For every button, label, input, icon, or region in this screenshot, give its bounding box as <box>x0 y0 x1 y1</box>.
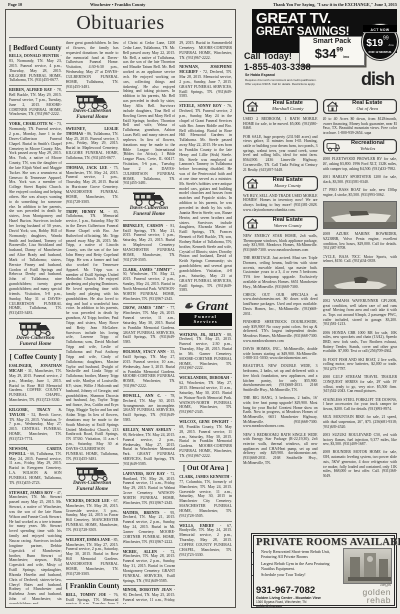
obituary-name: KELLEY, MARY ASHLEY <box>123 428 172 432</box>
classified-ad: WE BUY, SELL AND TRADE USED MOBILE HOMES… <box>243 194 318 213</box>
call-today-label: Call Today! <box>244 51 292 61</box>
grant-funeral-services-logo: GrantFuneral Services <box>179 299 232 329</box>
obituary-text: - 31, Manchester, TN. May 29, 2015. Fune… <box>9 369 62 402</box>
obituary-entry: THOMAS, JACK LEE - 75, Manchester, TN. M… <box>66 166 119 208</box>
obituary-entry: STEWART, JAMES ROY - 47, Manchester, TN.… <box>9 491 62 604</box>
county-header: [ Bedford County ] <box>9 44 62 53</box>
house-icon <box>246 101 259 112</box>
dish-spanish-note: Se Habla Espanol <box>245 73 275 77</box>
classified-ad: 2002 YAMAHA WAVERUNNER GP1200R, great co… <box>323 299 398 327</box>
classified-header-text: Real EstateMarshall County <box>261 101 315 112</box>
dish-fine-print: Requires 24-month commitment and credit … <box>245 79 345 86</box>
obituary-text: - 85, Tullahoma, TN. Memorial service, 1… <box>66 210 119 461</box>
obituary-text: - 68, Franklin County, TN. May 28, 2015.… <box>179 420 232 458</box>
rehab-bullet: Schedule your Tour Today! <box>261 572 340 577</box>
obituary-name: MINOR, DOROTHY JEAN <box>123 588 172 592</box>
funeral-home-logo-sub: Funeral Home <box>66 487 119 493</box>
house-icon <box>246 178 259 189</box>
gym-photo-graphic <box>344 549 392 583</box>
classified-section-header: Real EstateMarshall County <box>243 99 318 114</box>
classified-ad: FINISHED SHEETROCK DOUBLEWIDE, only $39,… <box>243 320 318 344</box>
classified-header-text: Real EstateWarren County <box>261 218 315 229</box>
obituary-name: THOMAS, JACK LEE <box>66 166 108 170</box>
funeral-home-logo-sub: Funeral Home <box>123 212 176 218</box>
boat-photo-graphic <box>324 202 398 228</box>
obituary-text: - 47, Manchester, TN. Mr. Stewart passed… <box>9 491 62 604</box>
classified-ad: 20 to 40 Acres $0 down, from $128/month,… <box>323 117 398 136</box>
classified-ad: 2000 GULF STREAM TRAVEL TRAILER CONQUEST… <box>323 375 398 394</box>
obituary-name: CLARK, JAMES KENNETH <box>179 475 229 479</box>
rehab-bullet: Newly Renovated Short-term Rehab Unit, F… <box>261 549 340 560</box>
classified-ad: 2000 FLEETWOOD PROWLER RV for sale, 26',… <box>323 157 398 171</box>
classified-section-header: Real EstateMaury County <box>243 176 318 191</box>
obituary-text: - 72, Decherd, TN. Mar 28, 2015. Memoria… <box>179 70 232 98</box>
daves-culbertson-logo: Daves-CulbertsonFuneral Home <box>66 466 119 495</box>
obituary-name: HOWELL, ANN C. <box>123 394 162 398</box>
classified-column-right: Real EstateOut of Area20 to 40 Acres $0 … <box>323 97 398 531</box>
jetski-photo-graphic <box>324 268 398 294</box>
obituary-name: WELLS, EMERY <box>179 524 214 528</box>
funeral-home-logo-sub: Funeral Home <box>66 115 119 121</box>
obituary-entry: LAFEVERS, ROY RAY - 72, Huntland, TN. Ma… <box>123 472 176 509</box>
classified-ad: NEW 3 BEDROOM/2 BATH SINGLE WIDE with En… <box>243 433 318 466</box>
obituary-text: - 78, Decherd, TN. May 30, 2015. Arrange… <box>123 394 176 422</box>
funeral-home-logo-sub: Funeral Home <box>9 342 62 348</box>
obituary-text: - 67, Manchester, TN. May 20, 2015. Grav… <box>66 499 119 532</box>
obituary-entry: RIEBEN, ALFRED RAY - 78, Bell Buckle, TN… <box>9 88 62 120</box>
daves-culbertson-logo: Daves-CulbertsonFuneral Home <box>123 191 176 220</box>
obituary-entry: WELHOIT, EMMA JANE - 85, Manchester, TN.… <box>66 538 119 580</box>
obituary-name: CROW, JAMES "JIM" <box>123 306 165 310</box>
daves-culbertson-logo: Daves-CulbertsonFuneral Home <box>66 94 119 123</box>
hearse-carriage-icon <box>15 321 55 336</box>
classified-ad: NEW ENERGY STAR HOME, 2x6 walls, Thermop… <box>243 234 318 253</box>
obituary-name: CLARK, JAMES "JIMMY" <box>123 268 173 272</box>
newspaper-page: Page 10 Winchester • Franklin County Tha… <box>0 0 400 614</box>
rv-icon <box>326 141 340 152</box>
obituary-name: RIEBEN, ALFRED RAY <box>9 88 52 92</box>
obituary-text: - 85, Manchester, TN. May 27, 2015. Fune… <box>66 538 119 576</box>
gym-equipment-photo <box>343 548 392 584</box>
burst-per: /mo <box>389 43 394 47</box>
obituary-name: HOLMAN, STACY ANN <box>123 350 166 354</box>
classified-ad: MGX MOUNTAIN BIKE for sale, 21 speed, wi… <box>323 415 398 429</box>
obituary-text: - 72, Winchester, TN. May 28, 2015. Fune… <box>123 550 176 583</box>
obituary-text: - 66, Tullahoma, TN. May 24, 2015. Funer… <box>9 452 62 485</box>
obituary-name: MATHIS, BRENTS <box>123 511 160 515</box>
classified-header-text: Real EstateMaury County <box>261 178 315 189</box>
obituary-column: [ Bedford County ]BELLS, DONALD HUNTER -… <box>9 41 62 604</box>
obituary-name: WATKINS, JR., RILEY <box>179 333 221 337</box>
county-header: [ Franklin County ] <box>66 582 119 591</box>
burst-cents: 99 <box>383 36 389 42</box>
obituary-text: - 50, Winchester, TN. May 22, 2015. Fune… <box>123 268 176 301</box>
hearse-carriage-icon <box>129 191 169 206</box>
classified-ad: 2006 HONDA CBR 1000 RR for sale, 10K mil… <box>323 331 398 355</box>
dish-fine-print-line2: Offer expires 6/9/15. Call for details. … <box>245 83 345 87</box>
masthead-slogan: Thank You For Saying, "I saw it in the E… <box>273 2 397 7</box>
daves-culbertson-logo: Daves-CulbertsonFuneral Home <box>9 321 62 350</box>
classified-header-text: Real EstateOut of Area <box>341 101 395 112</box>
classified-header-sub: Out of Area <box>341 107 395 112</box>
obituary-columns: [ Bedford County ]BELLS, DONALD HUNTER -… <box>9 41 232 604</box>
obituary-text: - 78, Bell Buckle, TN. May 29, 2015. Fun… <box>9 88 62 116</box>
obituary-name: TRIPP, HENRY M. <box>66 210 105 214</box>
obituary-name: WILCOX, GENE DWIGHT <box>179 420 228 424</box>
house-icon <box>246 218 259 229</box>
classified-ad: 2008 BOUNDER MOTOR HOME for sale, 35H, a… <box>323 450 398 478</box>
classified-ad: 17' PRO BASS BOAT for sale, new 150hp en… <box>323 188 398 197</box>
obituary-entry: CLARK, JAMES "JIMMY" - 50, Winchester, T… <box>123 268 176 305</box>
obituary-text: - 77, Winchester, TN. May 26, 2015. Fune… <box>123 306 176 344</box>
obituary-entry: ESSLINGER, JONATHAN MICAH - 31, Manchest… <box>9 364 62 406</box>
obituary-name: STEELE, SONNY ROY <box>179 104 221 108</box>
obituaries-section: Obituaries [ Bedford County ]BELLS, DONA… <box>5 9 236 608</box>
obituary-column: 29, 2015. Burial in Summerfield Cemetery… <box>179 41 232 604</box>
obituary-entry: WELLS, EMERY - 67, Bradyville, TN. May 2… <box>179 524 232 561</box>
obituary-entry: NEWSOM, CARITA POWELL - 66, Tullahoma, T… <box>9 447 62 489</box>
masthead: Page 10 Winchester • Franklin County Tha… <box>0 1 400 9</box>
classified-section-header: RecreationalVehicles <box>323 139 398 154</box>
dish-tv-ad: GREAT TV. GREAT SAVINGS! Smart Pack $349… <box>243 9 397 95</box>
rehab-ad-title: PRIVATE ROOMS AVAILABLE <box>256 537 392 548</box>
act-now-burst: ACT NOW $1999/mo FOR 12 MONTHS <box>363 25 397 59</box>
obituary-text: - 35, Estill Springs, TN. May 27, 2015. … <box>123 350 176 388</box>
act-now-label: ACT NOW <box>363 25 397 33</box>
obituary-entry: MCBEE, ALLEN - 72, Winchester, TN. May 2… <box>123 550 176 587</box>
boat-photo <box>323 201 398 229</box>
hearse-carriage-icon <box>72 466 112 481</box>
hearse-carriage-icon <box>72 94 112 109</box>
classifieds-section: Real EstateMarshall CountyUSED 2 BEDROOM… <box>243 97 397 531</box>
obituary-text: - 88, Decherd, TN. May 25, 2015. Funeral… <box>179 333 232 371</box>
obituary-text: - 52, Beech Grove, TN. May 23, 2015. Vis… <box>9 413 62 441</box>
obituary-text: - 83, Normandy, TN. May 23, 2015. Funera… <box>9 54 62 82</box>
grant-logo-row: Grant <box>179 299 232 312</box>
obituary-name: BRINKLEY, CARSON <box>123 224 164 228</box>
edition-region: Winchester • Franklin County <box>90 2 145 7</box>
obituary-entry: KELLEY, MARY ASHLEY - 88, Belvidere, TN.… <box>123 428 176 470</box>
obituaries-title: Obituaries <box>9 12 232 38</box>
obituary-name: WICKLANDER, DEBORAH <box>179 376 229 380</box>
obituary-name: MCBEE, ALLEN <box>123 550 157 554</box>
obituary-text: - 76, Decherd, TN. Funeral service, 2 p.… <box>179 104 232 292</box>
classified-section-header: Real EstateWarren County <box>243 216 318 231</box>
obituary-name: WELHOIT, EMMA JANE <box>66 538 111 542</box>
obituary-name: VICKERS, DICKIE LEE <box>66 499 110 503</box>
obituary-text: - 73, Normandy, TN. Funeral service, 2 p… <box>9 122 62 315</box>
dish-phone-number: 1-855-403-3338 <box>244 62 311 72</box>
obituary-entry: BELL, TOMMY JOE - 76, Estill Springs, TN… <box>66 593 119 604</box>
classified-ad: THE HERITAGE. Just arrived. Must see. Tr… <box>243 256 318 289</box>
classified-ad: 16 FOOT FISH AND SKI BOAT, 2 live wells,… <box>323 358 398 372</box>
classified-ad: FOR SALE, huge property (231.940 acres) … <box>243 135 318 173</box>
classified-ad: CHECK OUT OUR SPECIALS at www.davishomes… <box>243 293 318 317</box>
dove-icon <box>183 300 195 312</box>
classified-column-left: Real EstateMarshall CountyUSED 2 BEDROOM… <box>243 97 318 531</box>
obituary-entry: WATKINS, JR., RILEY - 88, Decherd, TN. M… <box>179 333 232 375</box>
obituary-column: of Christ at Cedar Lane, 1200 Cedar Lane… <box>123 41 176 604</box>
classified-ad: BEAUTIFUL NEW DOUBLE WIDE, 3 bedrooms, 2… <box>243 364 318 392</box>
obituary-continuation-text: three great grandchildren. In lieu of fl… <box>66 41 119 92</box>
obituary-text: - 81, Estill Springs, TN. May 21, 2015. … <box>123 224 176 262</box>
obituary-entry: CLARK, JAMES KENNETH - 77, Columbia, TN,… <box>179 475 232 522</box>
obituary-name: YORK, CHARLOTTE W. <box>9 122 53 126</box>
obituary-entry: WICKLANDER, DEBORAH - 62, Winchester, TN… <box>179 376 232 418</box>
classified-ad: THE BIG BANG, 3 bedrooms, 2 baths, 16' w… <box>243 396 318 429</box>
obituary-entry: HOLMAN, STACY ANN - 35, Estill Springs, … <box>123 350 176 392</box>
classified-header-text: RecreationalVehicles <box>342 141 395 152</box>
obituary-name: STEWART, JAMES ROY <box>9 491 53 495</box>
obituary-entry: SWEENEY, LESLIE THOMAS - 86, Tullahoma, … <box>66 127 119 164</box>
obituary-entry: KILGORE, TRACY S. TAYLOR - 52, Beech Gro… <box>9 408 62 445</box>
smart-pack-label: Smart Pack <box>300 38 364 45</box>
obituary-text: - 62, Winchester, TN. May 27, 2015. Memo… <box>179 376 232 414</box>
obituary-entry: TRIPP, HENRY M. - 85, Tullahoma, TN. Mem… <box>66 210 119 465</box>
obituary-text: - 95, Decherd, TN. May 21, 2015. Funeral… <box>123 511 176 544</box>
house-icon <box>326 101 339 112</box>
grant-logo-sub: Funeral Services <box>179 313 232 325</box>
obituary-name: BELL, TOMMY JOE <box>66 593 107 597</box>
rehab-brand-logos: aegis golden rehab <box>362 583 391 604</box>
obituary-column: three great grandchildren. In lieu of fl… <box>66 41 119 604</box>
classified-header-sub: Marshall County <box>261 107 315 112</box>
obituary-name: LAFEVERS, ROY RAY <box>123 472 165 476</box>
obituary-text: - 88, Belvidere, TN. May 24, 2015. Funer… <box>123 428 176 466</box>
dish-logo: dish <box>361 69 394 90</box>
obituary-entry: CROW, JAMES "JIM" - 77, Winchester, TN. … <box>123 306 176 348</box>
burst-price: $19 <box>366 38 383 49</box>
obituary-text: - 67, Bradyville, TN. May 24, 2015. Memo… <box>179 524 232 557</box>
obituary-entry: MINOR, DOROTHY JEAN - 80, Decherd, TN. M… <box>123 588 176 604</box>
obituary-entry: MATHIS, BRENTS - 95, Decherd, TN. May 21… <box>123 511 176 548</box>
rehab-bullet-list: Newly Renovated Short-term Rehab Unit, F… <box>256 549 340 584</box>
dish-headline: GREAT TV. <box>256 11 393 26</box>
grant-logo-name: Grant <box>196 299 228 312</box>
rehab-ad: PRIVATE ROOMS AVAILABLE Newly Renovated … <box>251 533 397 608</box>
classified-header-sub: Maury County <box>261 184 315 189</box>
classified-section-header: Real EstateOut of Area <box>323 99 398 114</box>
classified-ad: CYCLE, BAJA 70CC Motor Sports, with helm… <box>323 255 398 264</box>
obituary-entry: HOWELL, ANN C. - 78, Decherd, TN. May 30… <box>123 394 176 426</box>
golden-logo-line2: rehab <box>362 596 391 604</box>
obituary-text: - 77, Columbia, TN, formerly of Manchest… <box>179 475 232 518</box>
obituary-entry: VICKERS, DICKIE LEE - 67, Manchester, TN… <box>66 499 119 536</box>
obituary-continuation-text: 29, 2015. Burial in Summerfield Cemetery… <box>179 41 232 63</box>
jetski-photo <box>323 267 398 295</box>
obituary-entry: WILCOX, GENE DWIGHT - 68, Franklin Count… <box>179 420 232 462</box>
obituary-text: - 72, Huntland, TN. May 26, 2015. Funera… <box>123 472 176 505</box>
classified-header-sub: Warren County <box>261 224 315 229</box>
obituary-entry: NEWMAN, JOSEPHINE MCGRIFF - 72, Decherd,… <box>179 65 232 102</box>
classified-ad: USED 2 BEDROOM, 1 BATH MOBILE HOME for s… <box>243 117 318 131</box>
classified-ad: DAVIS HOMES, INC., McMinnville, double w… <box>243 347 318 361</box>
classified-ad: 2003 SUZUKI BOULEVARD C50, red with fact… <box>323 433 398 447</box>
rehab-bullet: Largest Rehab Gym in the Area Featuring … <box>261 561 340 572</box>
obituary-entry: YORK, CHARLOTTE W. - 73, Normandy, TN. F… <box>9 122 62 319</box>
smart-pack-price: $34 <box>315 46 337 61</box>
obituary-continuation-text: of Christ at Cedar Lane, 1200 Cedar Lane… <box>123 41 176 189</box>
obituary-text: - 86, Tullahoma, TN. May 25, 2015. Funer… <box>66 132 119 160</box>
classified-header-sub: Vehicles <box>342 147 395 152</box>
page-number: Page 10 <box>8 2 22 7</box>
obituary-text: - 75, Manchester, TN. May 24, 2015. Fune… <box>66 166 119 204</box>
obituary-entry: BELLS, DONALD HUNTER - 83, Normandy, TN.… <box>9 54 62 86</box>
classified-ad: 2008 AZURE MARINE BOWRIDER, AZ238BR, Vol… <box>323 232 398 251</box>
smart-pack-cents: 99 <box>336 48 343 54</box>
obituary-entry: STEELE, SONNY ROY - 76, Decherd, TN. Fun… <box>179 104 232 296</box>
county-header: [ Out Of Area ] <box>179 464 232 473</box>
burst-term: FOR 12 MONTHS <box>363 51 397 54</box>
smart-pack-per: /mo <box>343 55 349 59</box>
county-header: [ Coffee County ] <box>9 353 62 362</box>
obituary-entry: BRINKLEY, CARSON - 81, Estill Springs, T… <box>123 224 176 266</box>
obituary-name: BELLS, DONALD HUNTER <box>9 54 59 58</box>
classified-ad: 2001 HARLEY SPORTSTER 1200 for sale, bla… <box>323 175 398 184</box>
classified-ad: STAINLESS STEEL FORKLIFT TIE DOWNS, I ha… <box>323 398 398 412</box>
